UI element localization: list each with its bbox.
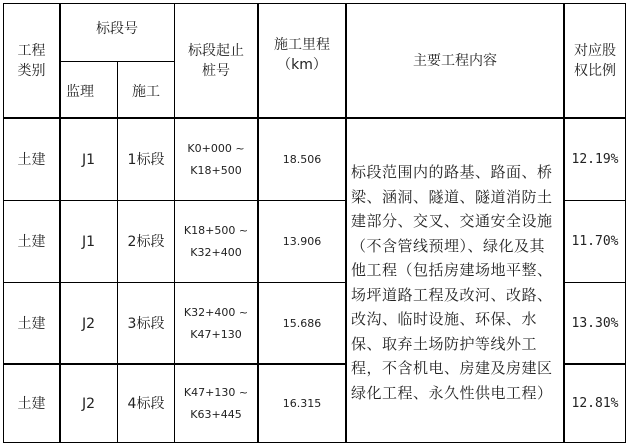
row1-chainage: K0+000 ~ K18+500 [175, 119, 257, 200]
header-mileage-line1: 施工里程 [274, 35, 330, 55]
row2-section: 2标段 [118, 201, 174, 282]
main-content-cell: 标段范围内的路基、路面、桥梁、涵洞、隧道、隧道消防土建部分、交叉、交通安全设施（… [347, 119, 563, 443]
row3-chainage-end: K47+130 [190, 324, 241, 346]
grid-line [59, 61, 175, 62]
header-construction: 施工 [118, 62, 174, 118]
header-chainage: 标段起止 桩号 [175, 4, 257, 118]
grid-line [563, 282, 625, 283]
grid-line [345, 4, 347, 442]
grid-line [563, 363, 625, 365]
header-mileage-line2: （km） [277, 55, 327, 75]
row1-mileage: 18.506 [259, 119, 345, 200]
row4-category: 土建 [4, 365, 59, 443]
header-equity: 对应股 权比例 [565, 4, 625, 118]
row4-supervision: J2 [60, 365, 117, 443]
header-mileage: 施工里程 （km） [259, 4, 345, 118]
row3-category: 土建 [4, 283, 59, 364]
row4-chainage-start: K47+130 ~ [184, 382, 248, 404]
row1-chainage-start: K0+000 ~ [187, 138, 244, 160]
grid-line [563, 4, 565, 442]
row4-equity: 12.81% [565, 365, 625, 443]
header-category: 工程 类别 [4, 4, 59, 118]
header-main-content: 主要工程内容 [347, 4, 563, 118]
row2-chainage-start: K18+500 ~ [184, 220, 248, 242]
row1-chainage-end: K18+500 [190, 160, 241, 182]
row1-equity: 12.19% [565, 119, 625, 200]
header-chainage-line2: 桩号 [202, 61, 230, 81]
grid-line [117, 62, 118, 442]
row1-category: 土建 [4, 119, 59, 200]
project-sections-table: 工程 类别 标段号 监理 施工 标段起止 桩号 施工里程 （km） 主要工程内容… [3, 3, 626, 443]
row1-supervision: J1 [60, 119, 117, 200]
header-equity-line1: 对应股 [574, 41, 616, 61]
grid-line [4, 363, 346, 365]
grid-line [4, 282, 346, 283]
header-section-group-label: 标段号 [96, 19, 138, 39]
header-category-line2: 类别 [18, 61, 46, 81]
row4-chainage: K47+130 ~ K63+445 [175, 365, 257, 443]
grid-line [563, 200, 625, 201]
row4-section: 4标段 [118, 365, 174, 443]
row2-mileage: 13.906 [259, 201, 345, 282]
header-construction-label: 施工 [132, 82, 160, 102]
header-supervision-label: 监理 [66, 82, 94, 102]
row3-mileage: 15.686 [259, 283, 345, 364]
main-content-text: 标段范围内的路基、路面、桥梁、涵洞、隧道、隧道消防土建部分、交叉、交通安全设施（… [351, 160, 560, 405]
grid-line [257, 4, 259, 442]
row1-section: 1标段 [118, 119, 174, 200]
row3-chainage-start: K32+400 ~ [184, 302, 248, 324]
row3-equity: 13.30% [565, 283, 625, 364]
row2-supervision: J1 [60, 201, 117, 282]
row2-chainage: K18+500 ~ K32+400 [175, 201, 257, 282]
grid-line [174, 4, 175, 442]
header-category-line1: 工程 [18, 41, 46, 61]
row3-chainage: K32+400 ~ K47+130 [175, 283, 257, 364]
row4-mileage: 16.315 [259, 365, 345, 443]
header-equity-line2: 权比例 [574, 61, 616, 81]
header-main-content-label: 主要工程内容 [413, 51, 497, 71]
row2-chainage-end: K32+400 [190, 242, 241, 264]
row3-supervision: J2 [60, 283, 117, 364]
header-section-group: 标段号 [60, 4, 174, 61]
row2-equity: 11.70% [565, 201, 625, 282]
row4-chainage-end: K63+445 [190, 404, 241, 426]
header-chainage-line1: 标段起止 [188, 41, 244, 61]
row3-section: 3标段 [118, 283, 174, 364]
grid-line [4, 117, 625, 119]
header-supervision: 监理 [60, 62, 117, 118]
row2-category: 土建 [4, 201, 59, 282]
grid-line [59, 4, 61, 442]
grid-line [4, 200, 346, 201]
